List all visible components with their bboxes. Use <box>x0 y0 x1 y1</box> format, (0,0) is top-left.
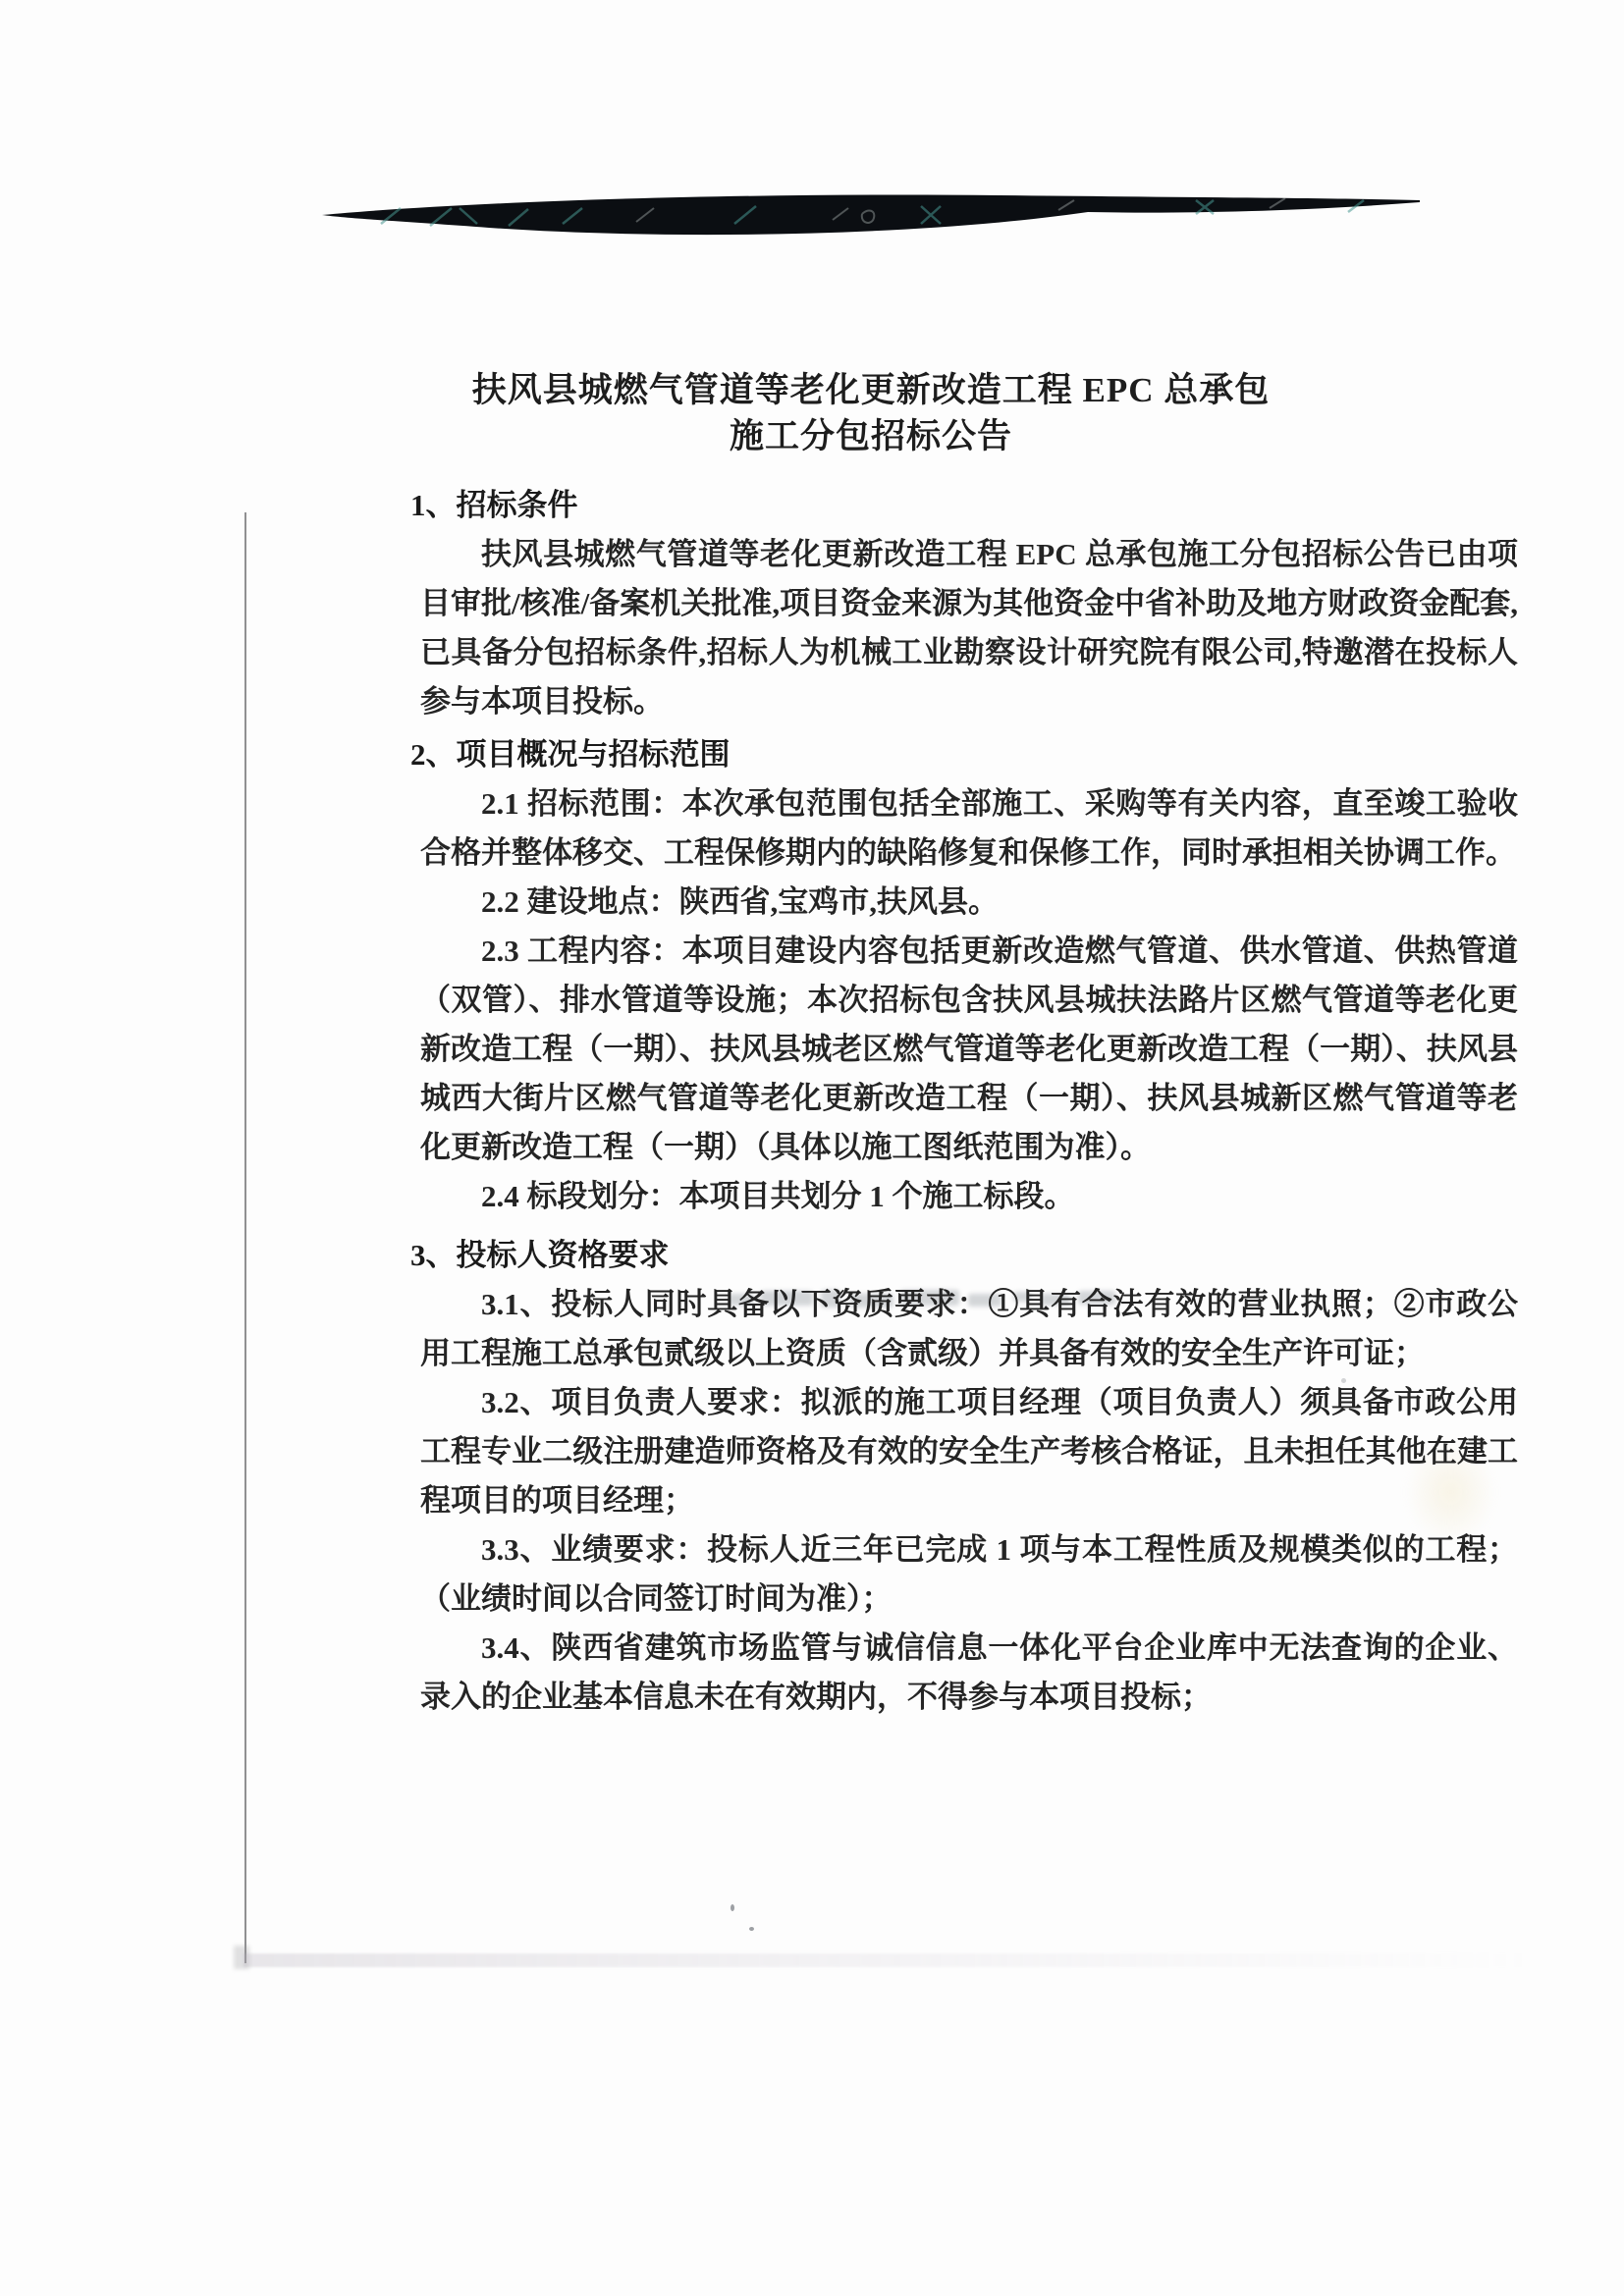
section-2-paragraph-3: 2.3 工程内容：本项目建设内容包括更新改造燃气管道、供水管道、供热管道（双管）… <box>420 927 1518 1172</box>
document-title-line1: 扶风县城燃气管道等老化更新改造工程 EPC 总承包 <box>420 367 1322 413</box>
section-1-heading: 1、招标条件 <box>410 481 1518 530</box>
section-3-paragraph-1: 3.1、投标人同时具备以下资质要求：①具有合法有效的营业执照；②市政公用工程施工… <box>420 1280 1518 1378</box>
page-bottom-edge-shadow <box>244 1953 1530 1967</box>
section-2-heading: 2、项目概况与招标范围 <box>410 730 1518 779</box>
section-3-paragraph-2: 3.2、项目负责人要求：拟派的施工项目经理（项目负责人）须具备市政公用工程专业二… <box>420 1378 1518 1525</box>
dust-speck <box>749 1927 754 1931</box>
section-2-paragraph-4: 2.4 标段划分：本项目共划分 1 个施工标段。 <box>420 1172 1518 1221</box>
document-body: 1、招标条件 扶风县城燃气管道等老化更新改造工程 EPC 总承包施工分包招标公告… <box>420 477 1518 1722</box>
section-2-paragraph-1: 2.1 招标范围：本次承包范围包括全部施工、采购等有关内容，直至竣工验收合格并整… <box>420 779 1518 878</box>
document-title-line2: 施工分包招标公告 <box>420 413 1322 459</box>
section-2-paragraph-2: 2.2 建设地点：陕西省,宝鸡市,扶风县。 <box>420 878 1518 927</box>
scan-edge-artifact <box>312 185 1432 255</box>
scanned-document-page: 扶风县城燃气管道等老化更新改造工程 EPC 总承包 施工分包招标公告 1、招标条… <box>0 0 1624 2296</box>
section-3-paragraph-3: 3.3、业绩要求：投标人近三年已完成 1 项与本工程性质及规模类似的工程；（业绩… <box>420 1525 1518 1624</box>
dust-speck <box>731 1904 734 1911</box>
section-3-heading: 3、投标人资格要求 <box>410 1231 1518 1280</box>
page-left-edge-line <box>244 512 246 1963</box>
document-title: 扶风县城燃气管道等老化更新改造工程 EPC 总承包 施工分包招标公告 <box>420 367 1322 459</box>
section-3-paragraph-4: 3.4、陕西省建筑市场监管与诚信信息一体化平台企业库中无法查询的企业、录入的企业… <box>420 1624 1518 1722</box>
section-1-paragraph-1: 扶风县城燃气管道等老化更新改造工程 EPC 总承包施工分包招标公告已由项目审批/… <box>420 530 1518 726</box>
